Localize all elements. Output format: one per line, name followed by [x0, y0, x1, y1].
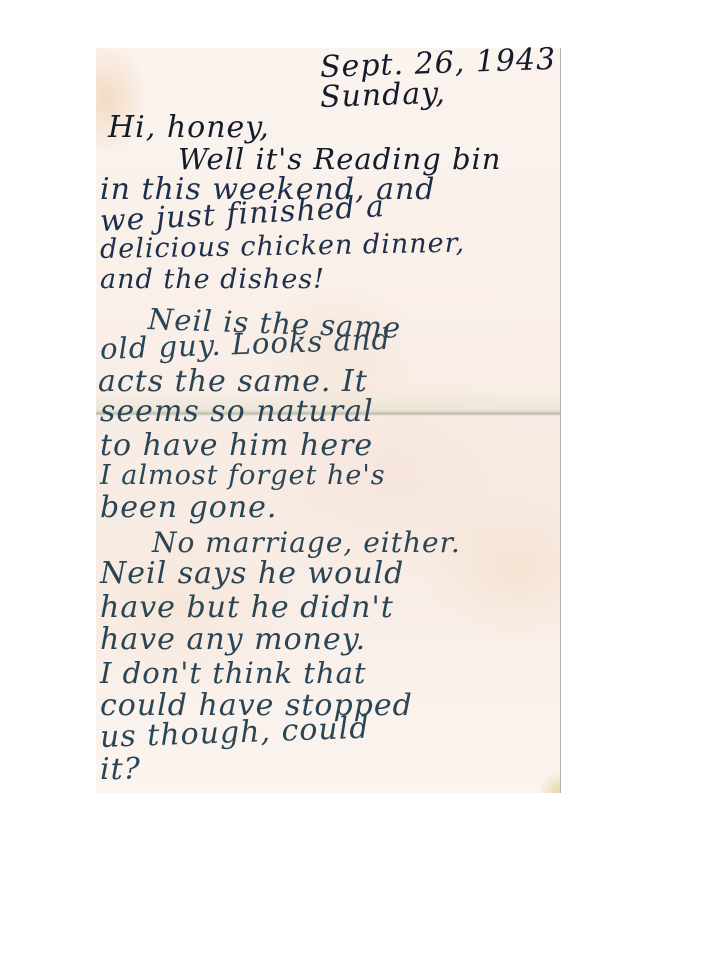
letter-line: it? — [100, 752, 141, 787]
letter-day: Sunday, — [319, 76, 446, 115]
corner-stain — [540, 769, 560, 793]
letter-line: No marriage, either. — [152, 526, 461, 559]
letter-line: to have him here — [100, 428, 373, 463]
letter-line: delicious chicken dinner, — [100, 228, 466, 265]
letter-line: old guy. Looks and — [99, 322, 391, 366]
letter-page: Sept. 26, 1943 Sunday, Hi, honey, Well i… — [96, 48, 561, 793]
letter-line: Well it's Reading bin — [178, 142, 501, 176]
letter-line: I almost forget he's — [100, 460, 386, 491]
letter-line: Neil says he would — [100, 556, 404, 591]
letter-salutation: Hi, honey, — [108, 110, 270, 145]
letter-line: I don't think that — [100, 656, 367, 690]
letter-line: been gone. — [100, 490, 277, 525]
letter-line: have but he didn't — [100, 590, 394, 625]
letter-line: seems so natural — [100, 394, 374, 429]
letter-line: and the dishes! — [100, 264, 325, 295]
letter-line: have any money. — [100, 622, 366, 657]
